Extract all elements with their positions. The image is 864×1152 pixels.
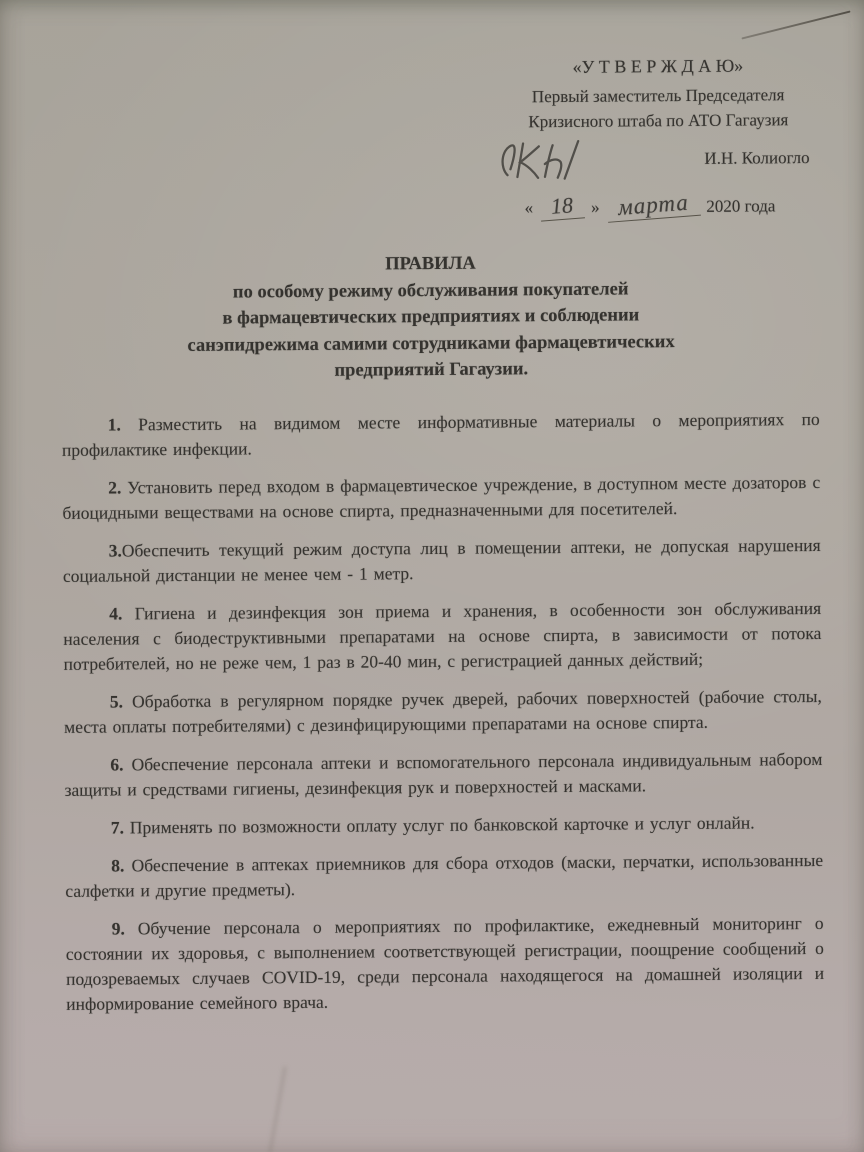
approval-role-line-1: Первый заместитель Председателя	[507, 82, 809, 109]
rule-text: Разместить на видимом месте информативны…	[62, 408, 820, 459]
date-open-quote: «	[525, 195, 534, 220]
date-year: 2020 года	[706, 193, 775, 219]
rule-text: Установить перед входом в фармацевтическ…	[62, 471, 820, 522]
approval-block: «У Т В Е Р Ж Д А Ю» Первый заместитель П…	[507, 53, 810, 220]
rule-paragraph: 6. Обеспечение персонала аптеки и вспомо…	[64, 746, 822, 802]
rule-paragraph: 1. Разместить на видимом месте информати…	[62, 406, 820, 462]
rule-number: 7.	[111, 817, 124, 837]
rule-text: Обеспечить текущий режим доступа лиц в п…	[63, 534, 821, 585]
rule-text: Гигиена и дезинфекция зон приема и хране…	[63, 597, 821, 673]
rule-number: 9.	[112, 918, 125, 938]
rule-number: 8.	[111, 855, 124, 875]
rule-paragraph: 2. Установить перед входом в фармацевтич…	[62, 469, 820, 525]
date-close-quote: »	[591, 195, 600, 220]
date-month-handwritten: марта	[606, 189, 701, 223]
rule-number: 2.	[108, 477, 121, 497]
signer-name: И.Н. Колиогло	[704, 145, 809, 171]
rule-paragraph: 4. Гигиена и дезинфекция зон приема и хр…	[63, 595, 822, 676]
rule-text: Обучение персонала о мероприятиях по про…	[66, 912, 824, 1013]
rule-number: 1.	[108, 414, 121, 434]
rule-number: 6.	[110, 754, 123, 774]
approval-role-line-2: Кризисного штаба по АТО Гагаузия	[507, 107, 809, 134]
scanned-document-page: «У Т В Е Р Ж Д А Ю» Первый заместитель П…	[0, 0, 864, 1152]
rule-paragraph: 9. Обучение персонала о мероприятиях по …	[66, 910, 825, 1016]
title-line: предприятий Гагаузии.	[0, 354, 863, 387]
document-title-block: ПРАВИЛА по особому режиму обслуживания п…	[0, 248, 863, 387]
approval-heading: «У Т В Е Р Ж Д А Ю»	[507, 53, 809, 80]
date-day-handwritten: 18	[539, 191, 585, 221]
rule-paragraph: 3.Обеспечить текущий режим доступа лиц в…	[63, 532, 821, 588]
document-content: «У Т В Е Р Ж Д А Ю» Первый заместитель П…	[0, 0, 864, 1152]
signature-row: И.Н. Колиогло	[507, 135, 809, 181]
date-line: « 18 » марта 2020 года	[490, 191, 810, 221]
rule-number: 5.	[110, 691, 123, 711]
rule-text: Обработка в регулярном порядке ручек две…	[64, 685, 822, 736]
rule-paragraph: 5. Обработка в регулярном порядке ручек …	[64, 683, 822, 739]
rule-paragraph: 8. Обеспечение в аптеках приемников для …	[65, 847, 823, 903]
rule-text: Обеспечение в аптеках приемников для сбо…	[65, 849, 823, 900]
rule-number: 4.	[109, 603, 122, 623]
rule-number: 3.	[109, 540, 122, 560]
rule-text: Обеспечение персонала аптеки и вспомогат…	[64, 748, 822, 799]
rule-paragraph: 7. Применять по возможности оплату услуг…	[65, 809, 823, 840]
signature-icon	[493, 137, 621, 182]
rules-list: 1. Разместить на видимом месте информати…	[62, 406, 825, 1016]
rule-text: Применять по возможности оплату услуг по…	[124, 812, 755, 837]
